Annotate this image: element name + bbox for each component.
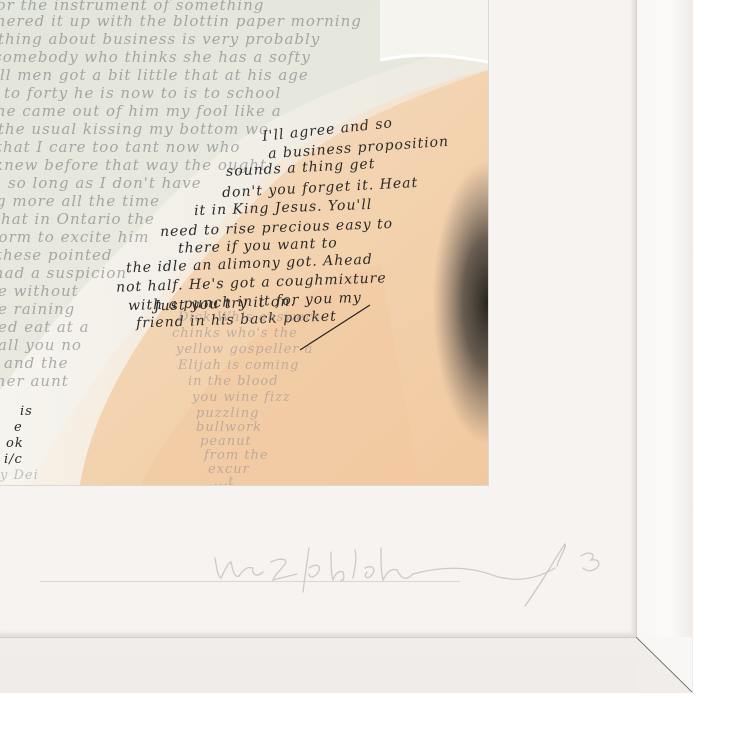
pencil-signature: Warhol '83 [205, 528, 635, 608]
frame-right-rail [636, 0, 693, 692]
mat-board: for the instrument of something hered it… [0, 0, 636, 637]
frame-bottom-rail [0, 637, 692, 693]
frame-miter-corner [636, 637, 692, 692]
artwork-print: for the instrument of something hered it… [0, 0, 489, 486]
